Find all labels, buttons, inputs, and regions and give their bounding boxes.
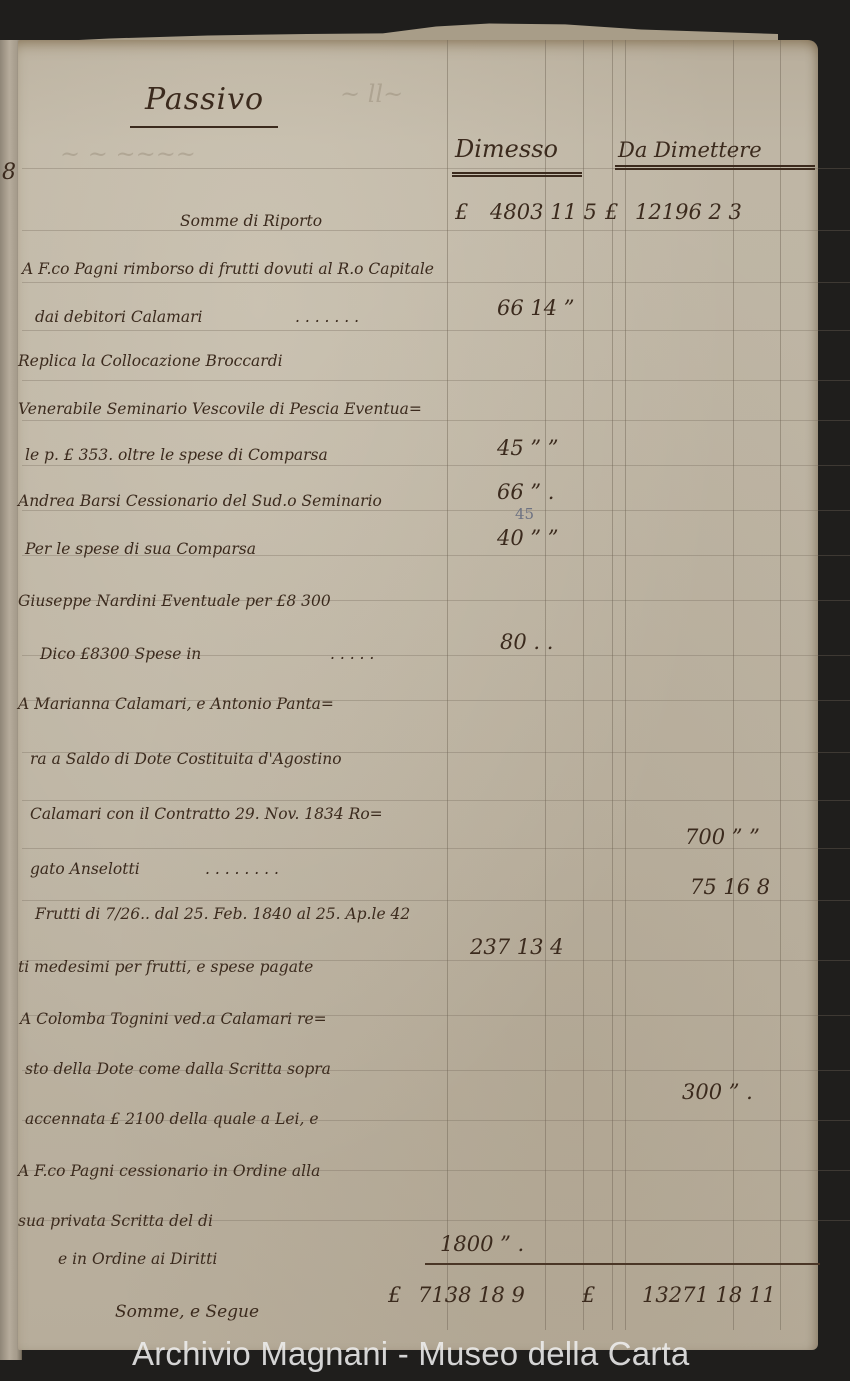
ledger-row-text: A Colomba Tognini ved.a Calamari re= — [20, 1010, 327, 1028]
ledger-amount-dimesso: 66 14 ” — [497, 296, 575, 320]
total-dimesso: 7138 18 9 — [418, 1283, 525, 1307]
currency-sign: £ — [582, 1283, 595, 1307]
column-header-underline — [452, 172, 582, 177]
ledger-row-text: Somme di Riporto — [180, 212, 322, 230]
dotted-leader: . . . . . . . — [295, 308, 359, 326]
ledger-row-text: ra a Saldo di Dote Costituita d'Agostino — [30, 750, 342, 768]
ruled-line — [22, 465, 850, 466]
ledger-amount-da-dimettere: 700 ” ” — [685, 825, 760, 849]
ruled-line — [22, 330, 850, 331]
ledger-row-text: Replica la Collocazione Broccardi — [18, 352, 283, 370]
ruled-line — [22, 900, 850, 901]
ledger-amount-dimesso: 4803 11 5 — [490, 200, 597, 224]
ruled-line — [22, 380, 850, 381]
ledger-amount-dimesso: 66 ” . — [497, 480, 554, 504]
ledger-row-text: A F.co Pagni cessionario in Ordine alla — [18, 1162, 320, 1180]
ruled-line — [22, 510, 850, 511]
ledger-amount-dimesso: 237 13 4 — [470, 935, 564, 959]
margin-fragment: 8 — [2, 160, 16, 185]
ledger-row-text: Andrea Barsi Cessionario del Sud.o Semin… — [18, 492, 382, 510]
column-header-underline — [615, 165, 815, 170]
totals-label: Somme, e Segue — [115, 1302, 259, 1322]
total-da-dimettere: 13271 18 11 — [642, 1283, 776, 1307]
currency-sign: £ — [455, 200, 468, 224]
ruled-line — [22, 800, 850, 801]
column-header-dimesso: Dimesso — [455, 135, 558, 163]
ruled-line — [22, 230, 850, 231]
ledger-row-text: Frutti di 7/26.. dal 25. Feb. 1840 al 25… — [35, 905, 410, 923]
ledger-row-text: Dico £8300 Spese in — [40, 645, 201, 663]
pencil-note: 45 — [515, 505, 534, 523]
ledger-amount-dimesso: 80 . . — [500, 630, 553, 654]
ledger-row-text: ti medesimi per frutti, e spese pagate — [18, 958, 313, 976]
bleed-through-text: ~ ~ ~~~~ — [60, 140, 196, 168]
column-rule — [545, 40, 546, 1330]
dotted-leader: . . . . . . . . — [205, 860, 279, 878]
bleed-through-text: ~ ll~ — [340, 80, 403, 108]
ledger-amount-dimesso: 45 ” ” — [497, 436, 559, 460]
ledger-row-text: Venerabile Seminario Vescovile di Pescia… — [18, 400, 422, 418]
ruled-line — [22, 420, 850, 421]
ledger-row-text: dai debitori Calamari — [35, 308, 202, 326]
column-rule — [625, 40, 626, 1330]
section-title: Passivo — [145, 82, 264, 117]
totals-rule — [425, 1263, 820, 1265]
ledger-row-text: accennata £ 2100 della quale a Lei, e — [25, 1110, 319, 1128]
ledger-row-text: A Marianna Calamari, e Antonio Panta= — [18, 695, 334, 713]
ledger-row-text: le p. £ 353. oltre le spese di Comparsa — [25, 446, 328, 464]
currency-sign: £ — [388, 1283, 401, 1307]
column-header-da-dimettere: Da Dimettere — [618, 138, 762, 162]
column-rule — [733, 40, 734, 1330]
ledger-amount-da-dimettere: 300 ” . — [682, 1080, 753, 1104]
column-rule — [780, 40, 781, 1330]
ledger-row-text: sto della Dote come dalla Scritta sopra — [25, 1060, 331, 1078]
dotted-leader: . . . . . — [330, 645, 374, 663]
ledger-row-text: sua privata Scritta del di — [18, 1212, 213, 1230]
ledger-row-text: Giuseppe Nardini Eventuale per £8 300 — [18, 592, 331, 610]
ledger-row-text: e in Ordine ai Diritti — [58, 1250, 217, 1268]
ledger-row-text: Per le spese di sua Comparsa — [25, 540, 256, 558]
ledger-amount-dimesso: 40 ” ” — [497, 526, 559, 550]
title-underline — [130, 126, 278, 128]
column-rule — [583, 40, 584, 1330]
column-rule — [447, 40, 448, 1330]
ruled-line — [22, 282, 850, 283]
ledger-amount-da-dimettere: 12196 2 3 — [635, 200, 742, 224]
archive-watermark: Archivio Magnani - Museo della Carta — [132, 1335, 689, 1373]
ledger-row-text: gato Anselotti — [30, 860, 140, 878]
currency-sign: £ — [605, 200, 618, 224]
ledger-amount-da-dimettere: 75 16 8 — [690, 875, 770, 899]
ledger-row-text: Calamari con il Contratto 29. Nov. 1834 … — [30, 805, 383, 823]
ledger-row-text: A F.co Pagni rimborso di frutti dovuti a… — [22, 260, 434, 278]
column-rule — [612, 40, 613, 1330]
ledger-amount-dimesso: 1800 ” . — [440, 1232, 524, 1256]
